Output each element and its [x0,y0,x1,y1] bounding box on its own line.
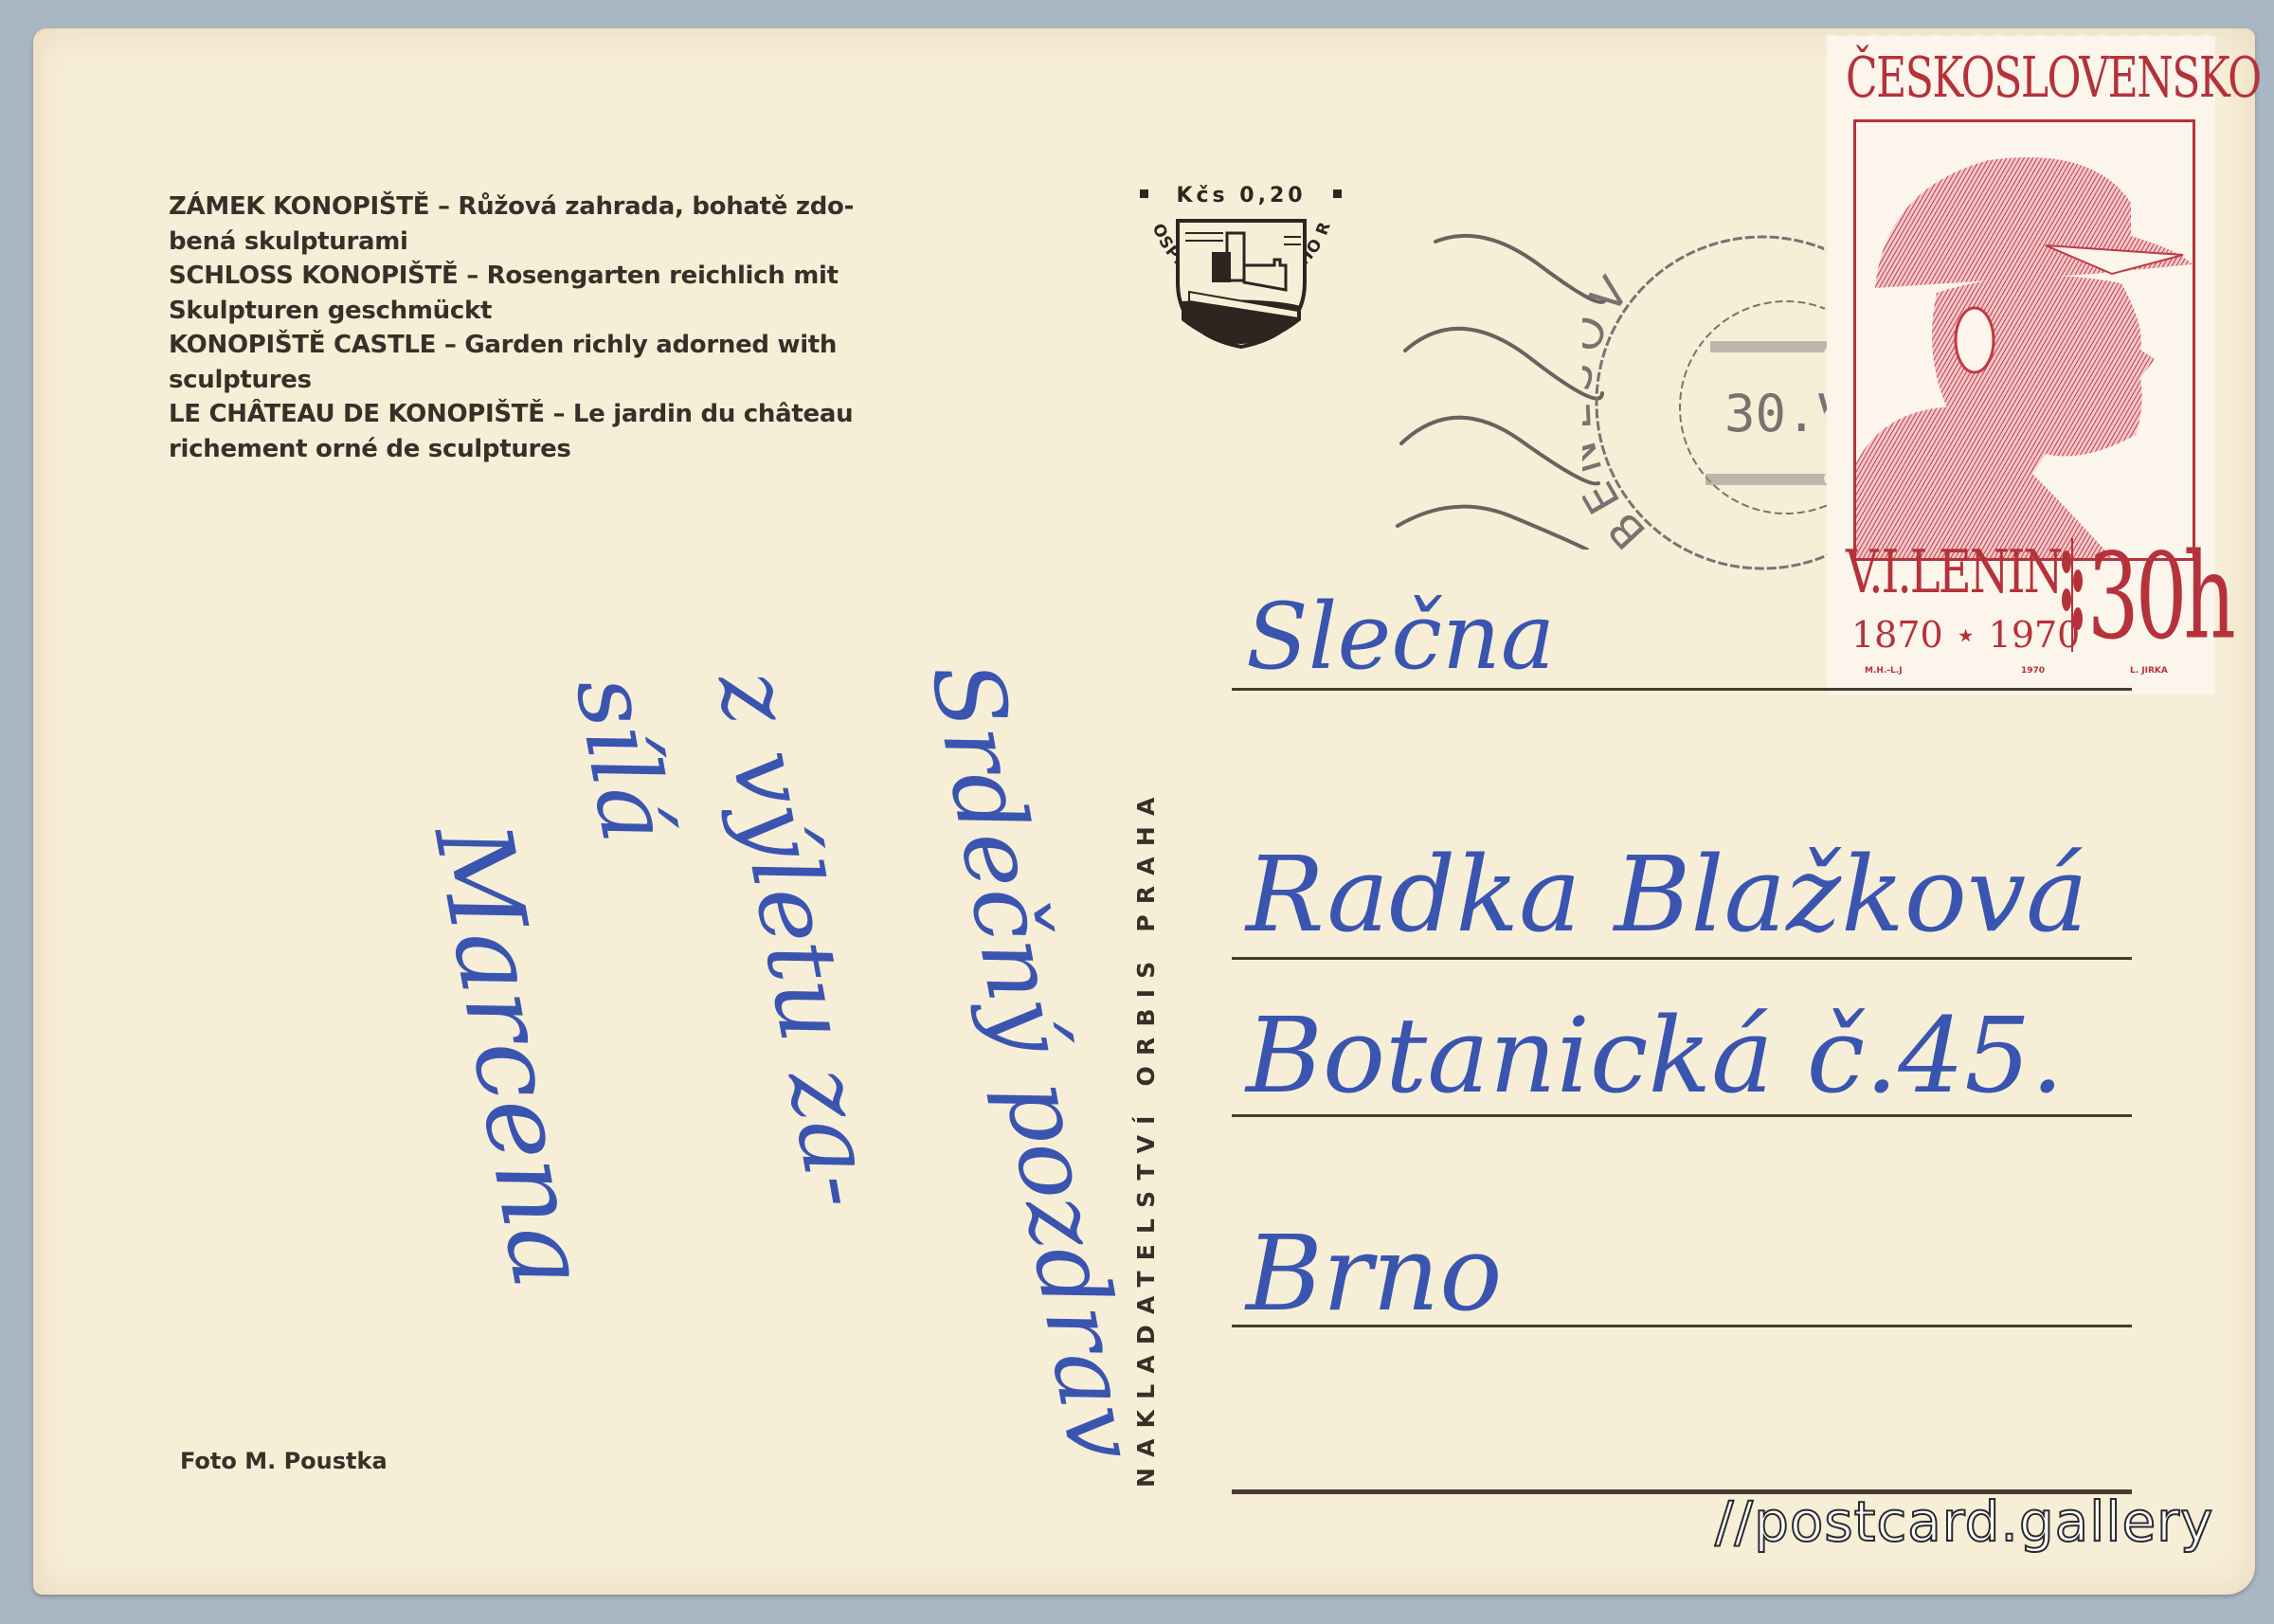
portrait-lenin-icon [1856,122,2193,558]
stamp-engraver: L. JIRKA [2130,666,2168,676]
watermark: //postcard.gallery [1715,1489,2213,1554]
castle-shield-icon: Kčs 0,20 VE PROSPĚCH CESTOVNÍHO RUCHU [1132,178,1350,377]
stamp-designer: M.H.-L.J [1865,666,1903,676]
stamp-name: V.I.LENIN [1846,538,2062,607]
svg-text:Kčs 0,20: Kčs 0,20 [1176,184,1306,208]
stamp-value: 30h [2087,529,2232,666]
address-city: Brno [1246,1213,1503,1334]
stamp-years: 1870 ⋆ 1970 [1851,614,2080,656]
caption-line: sculptures [169,363,984,398]
caption-line: Skulpturen geschmückt [169,294,984,329]
postcard-caption: ZÁMEK KONOPIŠTĚ – Růžová zahrada, bohatě… [169,189,984,466]
laurel-branch-icon [2059,538,2085,652]
caption-line: richement orné de sculptures [169,432,984,467]
stamp-year-small: 1970 [2021,666,2045,676]
address-street: Botanická č.45. [1246,995,2064,1116]
caption-line: ZÁMEK KONOPIŠTĚ – Růžová zahrada, bohatě… [169,189,984,225]
caption-line: LE CHÂTEAU DE KONOPIŠTĚ – Le jardin du c… [169,397,984,432]
stamp-frame [1853,119,2195,561]
caption-line: SCHLOSS KONOPIŠTĚ – Rosengarten reichlic… [169,259,984,294]
address-salutation: Slečna [1246,584,1555,690]
stamp-country: ČESKOSLOVENSKO [1846,45,2198,111]
address-name: Radka Blažková [1246,834,2088,955]
caption-line: KONOPIŠTĚ CASTLE – Garden richly adorned… [169,328,984,363]
caption-line: bená skulpturami [169,225,984,260]
svg-text:BENEŠOV: BENEŠOV [1582,260,1655,559]
stamp-design: ČESKOSLOVENSKO V.I.LENIN 1870 ⋆ 1970 30h… [1846,45,2198,688]
address-line [1232,957,2132,960]
photo-credit: Foto M. Poustka [180,1448,388,1474]
